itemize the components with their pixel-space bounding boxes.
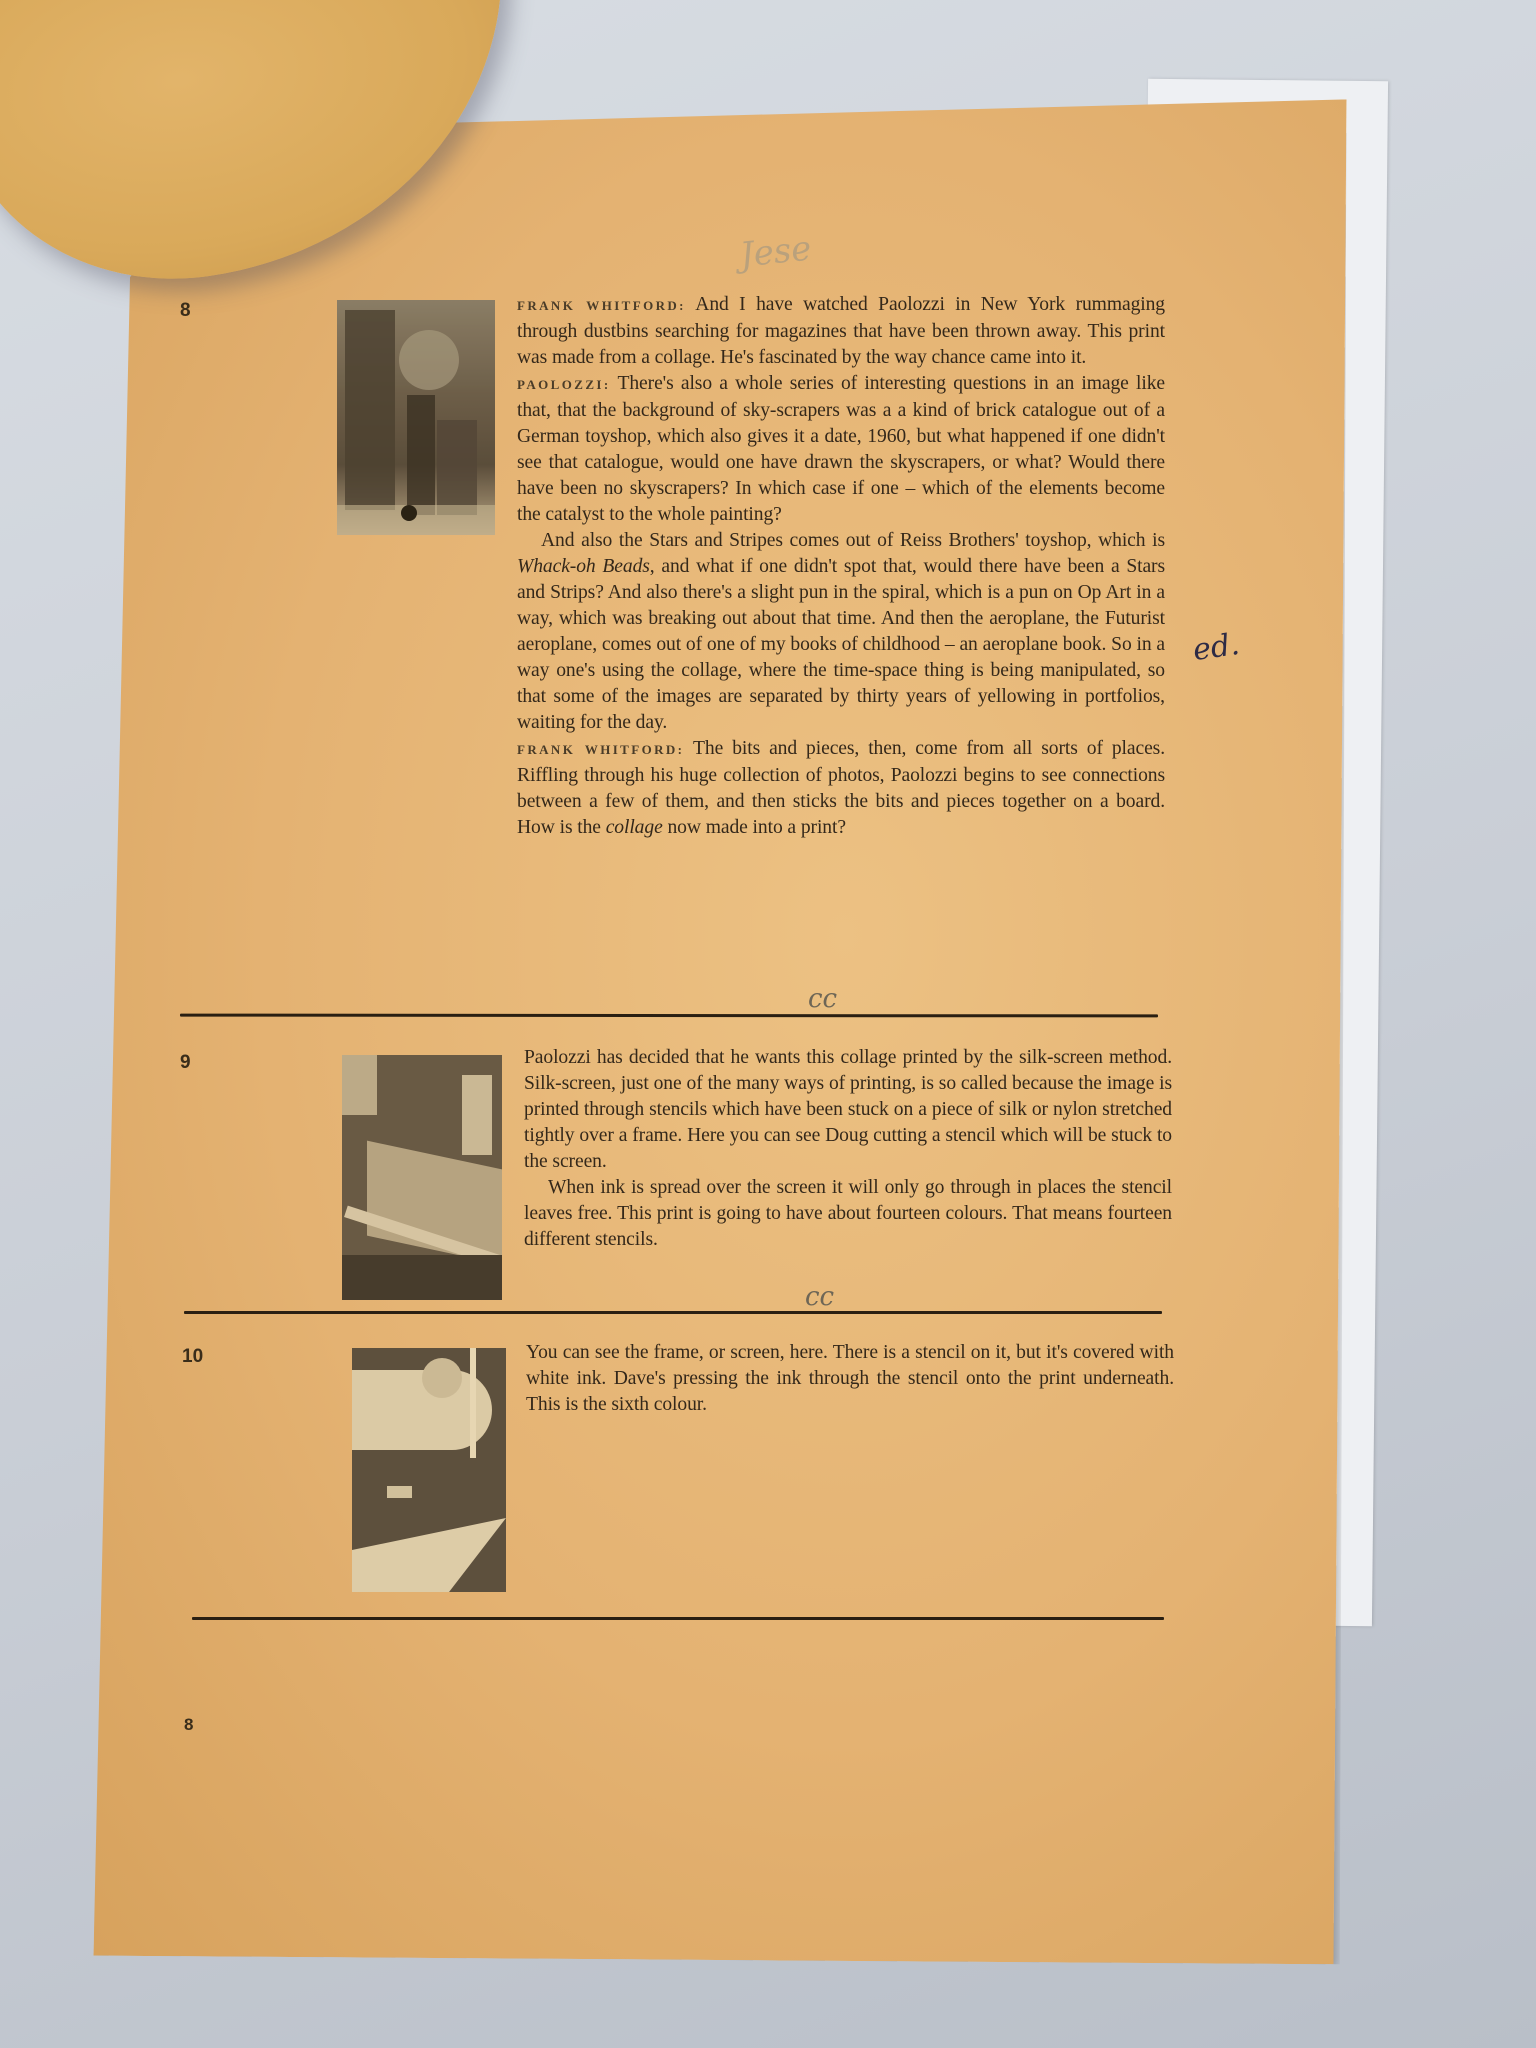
handwritten-margin-note: ed. xyxy=(1191,627,1242,668)
speaker-label: FRANK WHITFORD: xyxy=(517,298,686,313)
speaker-label: PAOLOZZI: xyxy=(517,377,611,392)
paragraph: You can see the frame, or screen, here. … xyxy=(526,1340,1174,1418)
section-number-8: 8 xyxy=(180,300,191,322)
paragraph: FRANK WHITFORD: The bits and pieces, the… xyxy=(517,736,1165,841)
paragraph: When ink is spread over the screen it wi… xyxy=(524,1175,1172,1253)
paragraph: FRANK WHITFORD: And I have watched Paolo… xyxy=(517,292,1165,371)
section-10-image xyxy=(352,1348,506,1592)
section-number-10: 10 xyxy=(182,1346,203,1368)
paragraph: PAOLOZZI: There's also a whole series of… xyxy=(517,371,1165,528)
paragraph: Paolozzi has decided that he wants this … xyxy=(524,1045,1172,1175)
section-number-9: 9 xyxy=(180,1052,191,1074)
section-divider xyxy=(180,1014,1158,1018)
section-9-image xyxy=(342,1055,502,1300)
page-content: Jese 8 FRANK WHITFORD: And I have watche… xyxy=(0,0,1536,2048)
speaker-label: FRANK WHITFORD: xyxy=(517,742,684,757)
handwritten-mark-2: cc xyxy=(805,1282,834,1312)
section-divider xyxy=(184,1311,1162,1314)
section-9-text: Paolozzi has decided that he wants this … xyxy=(524,1045,1172,1253)
section-8-image xyxy=(337,300,495,535)
handwritten-mark-1: cc xyxy=(808,984,837,1014)
section-divider xyxy=(192,1617,1164,1620)
section-10-text: You can see the frame, or screen, here. … xyxy=(526,1340,1174,1418)
paragraph: And also the Stars and Stripes comes out… xyxy=(517,528,1165,736)
page-number: 8 xyxy=(184,1715,193,1735)
handwritten-top-note: Jese xyxy=(738,228,813,275)
section-8-text: FRANK WHITFORD: And I have watched Paolo… xyxy=(517,292,1165,841)
